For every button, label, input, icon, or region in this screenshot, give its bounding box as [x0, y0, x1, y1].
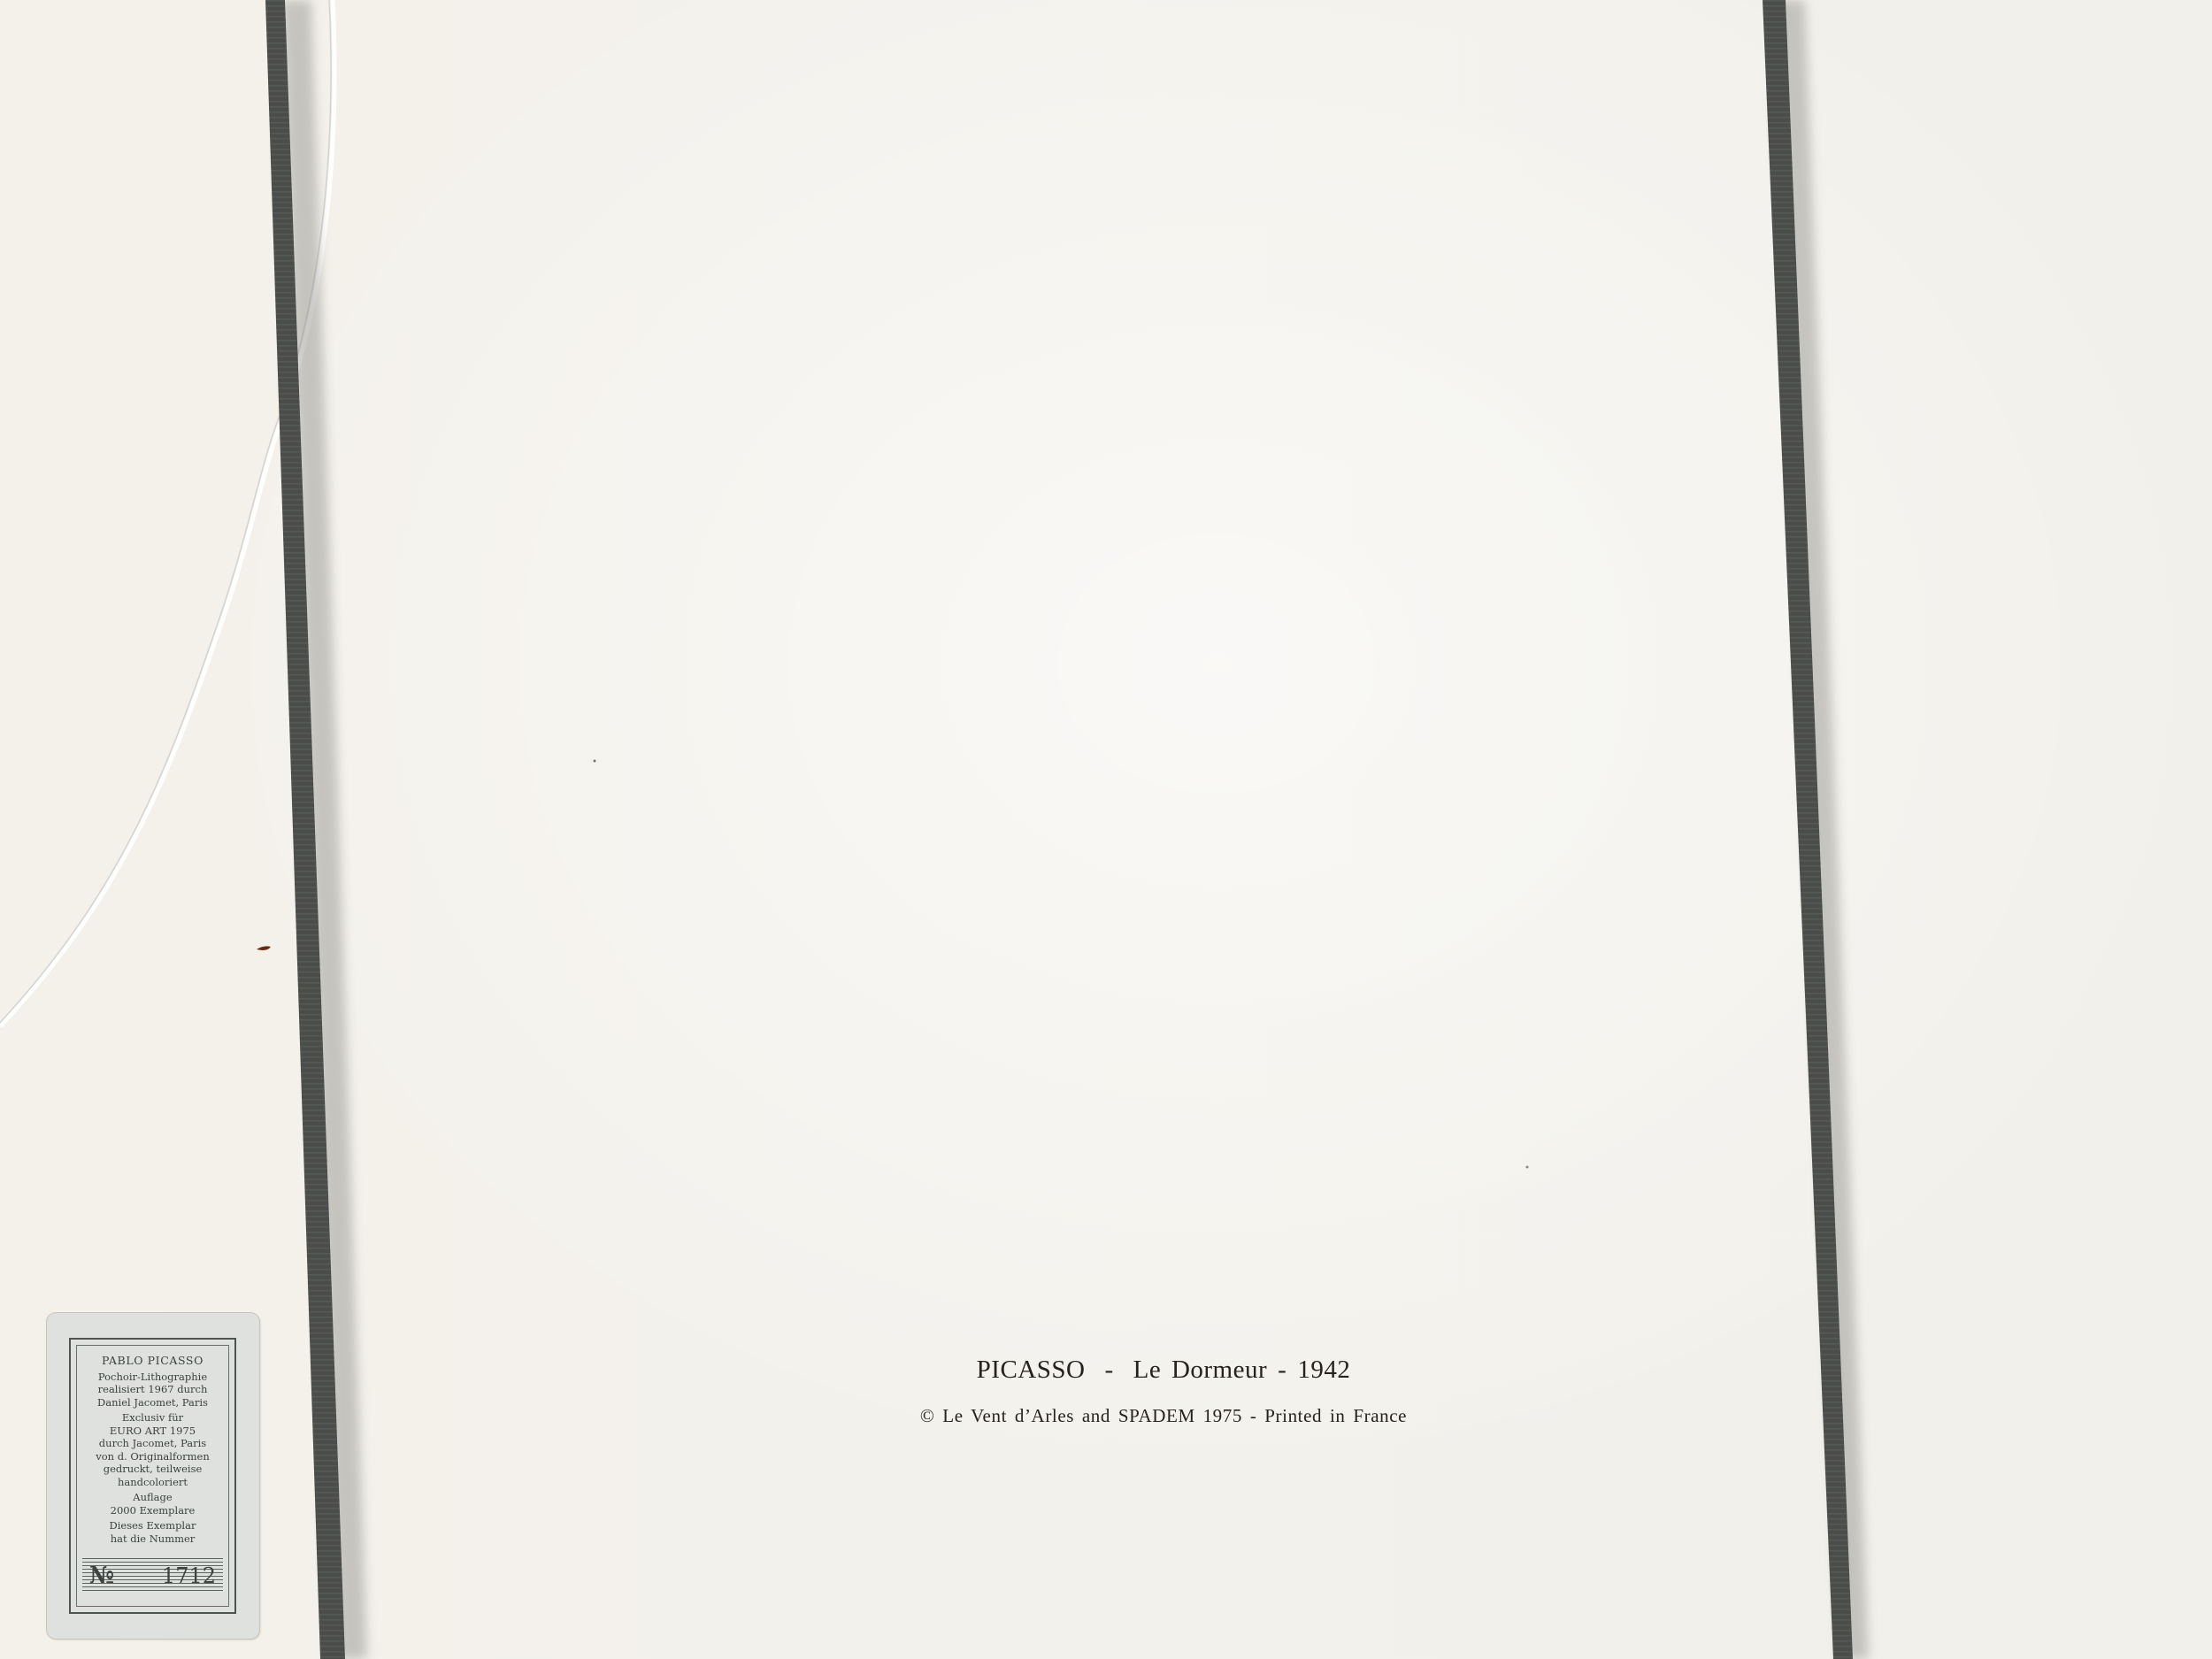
edition-label-frame: PABLO PICASSO Pochoir-Lithographie reali…: [69, 1338, 236, 1614]
label-line: Exclusiv für: [77, 1411, 228, 1425]
artwork-caption: PICASSO-Le Dormeur-1942: [0, 1356, 2212, 1385]
label-line: Auflage: [77, 1491, 228, 1504]
caption-title: Le Dormeur: [1133, 1356, 1268, 1384]
paper-speck: [257, 946, 271, 950]
numero-sign: №: [89, 1565, 114, 1586]
label-group-edition: Auflage 2000 Exemplare: [77, 1491, 228, 1517]
paper-speck: [1526, 1166, 1529, 1169]
caption-year: 1942: [1297, 1356, 1350, 1384]
label-line: Dieses Exemplar: [77, 1519, 228, 1532]
caption-artist: PICASSO: [977, 1356, 1086, 1384]
edition-number-row: № 1712: [82, 1558, 223, 1594]
label-line: Daniel Jacomet, Paris: [77, 1396, 228, 1409]
label-line: handcoloriert: [77, 1476, 228, 1489]
label-line: von d. Originalformen: [77, 1450, 228, 1463]
edition-label-card: PABLO PICASSO Pochoir-Lithographie reali…: [47, 1313, 259, 1639]
label-line: gedruckt, teilweise: [77, 1463, 228, 1476]
label-group-publisher: Exclusiv für EURO ART 1975 durch Jacomet…: [77, 1411, 228, 1488]
label-group-technique: Pochoir-Lithographie realisiert 1967 dur…: [77, 1371, 228, 1409]
label-line: EURO ART 1975: [77, 1425, 228, 1438]
caption-separator: -: [1278, 1356, 1286, 1384]
label-line: realisiert 1967 durch: [77, 1383, 228, 1396]
label-line: hat die Nummer: [77, 1532, 228, 1546]
label-group-copy: Dieses Exemplar hat die Nummer: [77, 1519, 228, 1545]
label-line: Pochoir-Lithographie: [77, 1371, 228, 1384]
paper-speck: [594, 760, 596, 763]
edition-number: 1712: [162, 1565, 216, 1586]
copyright-line: © Le Vent d’Arles and SPADEM 1975 - Prin…: [0, 1405, 2212, 1427]
label-line: durch Jacomet, Paris: [77, 1437, 228, 1450]
label-heading: PABLO PICASSO: [77, 1355, 228, 1368]
caption-separator: -: [1104, 1356, 1113, 1384]
edition-label-text: PABLO PICASSO Pochoir-Lithographie reali…: [76, 1345, 229, 1607]
label-line: 2000 Exemplare: [77, 1504, 228, 1517]
